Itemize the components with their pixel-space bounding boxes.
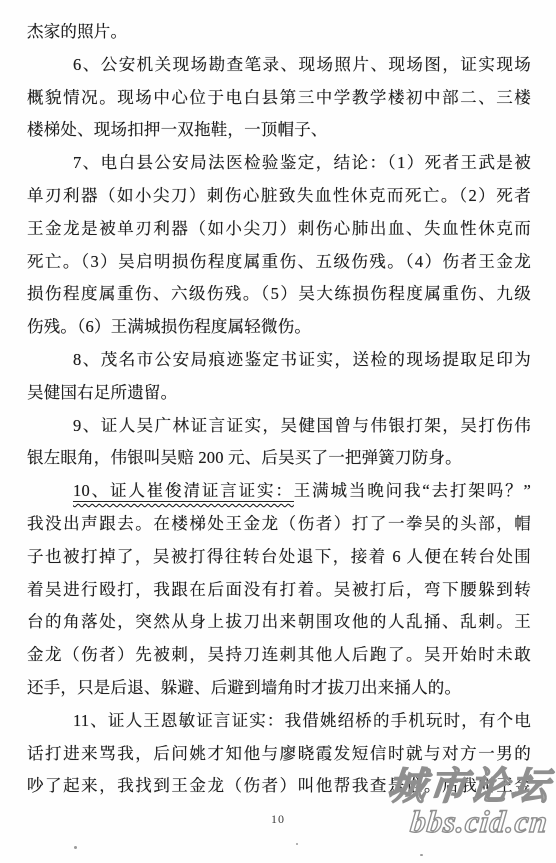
text-line: 9、证人吴广林证言证实，吴健国曾与伟银打架，吴打伤伟 [27,410,531,443]
text-line: 概貌情况。现场中心位于电白县第三中学教学楼初中部二、三楼 [27,82,531,115]
scanned-document-page: 杰家的照片。6、公安机关现场勘查笔录、现场照片、现场图，证实现场概貌情况。现场中… [0,0,556,863]
hand-underlined-text: 10、证人崔俊清证言证实： [73,481,294,502]
scan-speckle [296,843,298,845]
text-line: 11、证人王恩敏证言证实：我借姚绍桥的手机玩时，有个电 [27,705,531,738]
text-line: 死亡。（3）吴启明损伤程度属重伤、五级伤残。（4）伤者王金龙 [27,246,531,279]
text-line: 还手，只是后退、躲避、后避到墙角时才拔刀出来捅人的。 [27,672,531,705]
text-line: 银左眼角，伟银叫吴赔 200 元、后吴买了一把弹簧刀防身。 [27,442,531,475]
text-line: 吵了起来，我找到王金龙（伤者）叫他帮我查是谁。后我叫王金 [27,770,531,803]
text-line: 杰家的照片。 [27,16,531,49]
text-line: 伤残。（6）王满城损伤程度属轻微伤。 [27,311,531,344]
text-line: 台的角落处，突然从身上拔刀出来朝围攻他的人乱捅、乱刺。王 [27,606,531,639]
text-line: 10、证人崔俊清证言证实：王满城当晚问我“去打架吗？” [27,475,531,508]
text-line: 损伤程度属重伤、六级伤残。（5）吴大练损伤程度属重伤、九级 [27,278,531,311]
text-line: 吴健国右足所遗留。 [27,377,531,410]
text-line: 着吴进行殴打，我跟在后面没有打着。吴被打后，弯下腰躲到转 [27,574,531,607]
text-line: 8、茂名市公安局痕迹鉴定书证实，送检的现场提取足印为 [27,344,531,377]
text-line: 楼梯处、现场扣押一双拖鞋，一顶帽子、 [27,114,531,147]
scan-speckle [420,854,423,856]
document-text: 杰家的照片。6、公安机关现场勘查笔录、现场照片、现场图，证实现场概貌情况。现场中… [27,16,531,803]
text-line: 我没出声跟去。在楼梯处王金龙（伤者）打了一拳吴的头部，帽 [27,508,531,541]
page-number: 10 [0,812,556,827]
text-line: 单刃利器（如小尖刀）刺伤心脏致失血性休克而死亡。（2）死者 [27,180,531,213]
text-line: 7、电白县公安局法医检验鉴定，结论：（1）死者王武是被 [27,147,531,180]
text-line: 6、公安机关现场勘查笔录、现场照片、现场图，证实现场 [27,49,531,82]
text-line: 金龙（伤者）先被刺，吴持刀连刺其他人后跑了。吴开始时未敢 [27,639,531,672]
text-line: 话打进来骂我，后问姚才知他与廖晓霞发短信时就与对方一男的 [27,738,531,771]
scan-speckle [74,846,77,849]
text-line: 王金龙是被单刃利器（如小尖刀）刺伤心肺出血、失血性休克而 [27,213,531,246]
text-line: 子也被打掉了，吴被打得往转台处退下，接着 6 人便在转台处围 [27,541,531,574]
